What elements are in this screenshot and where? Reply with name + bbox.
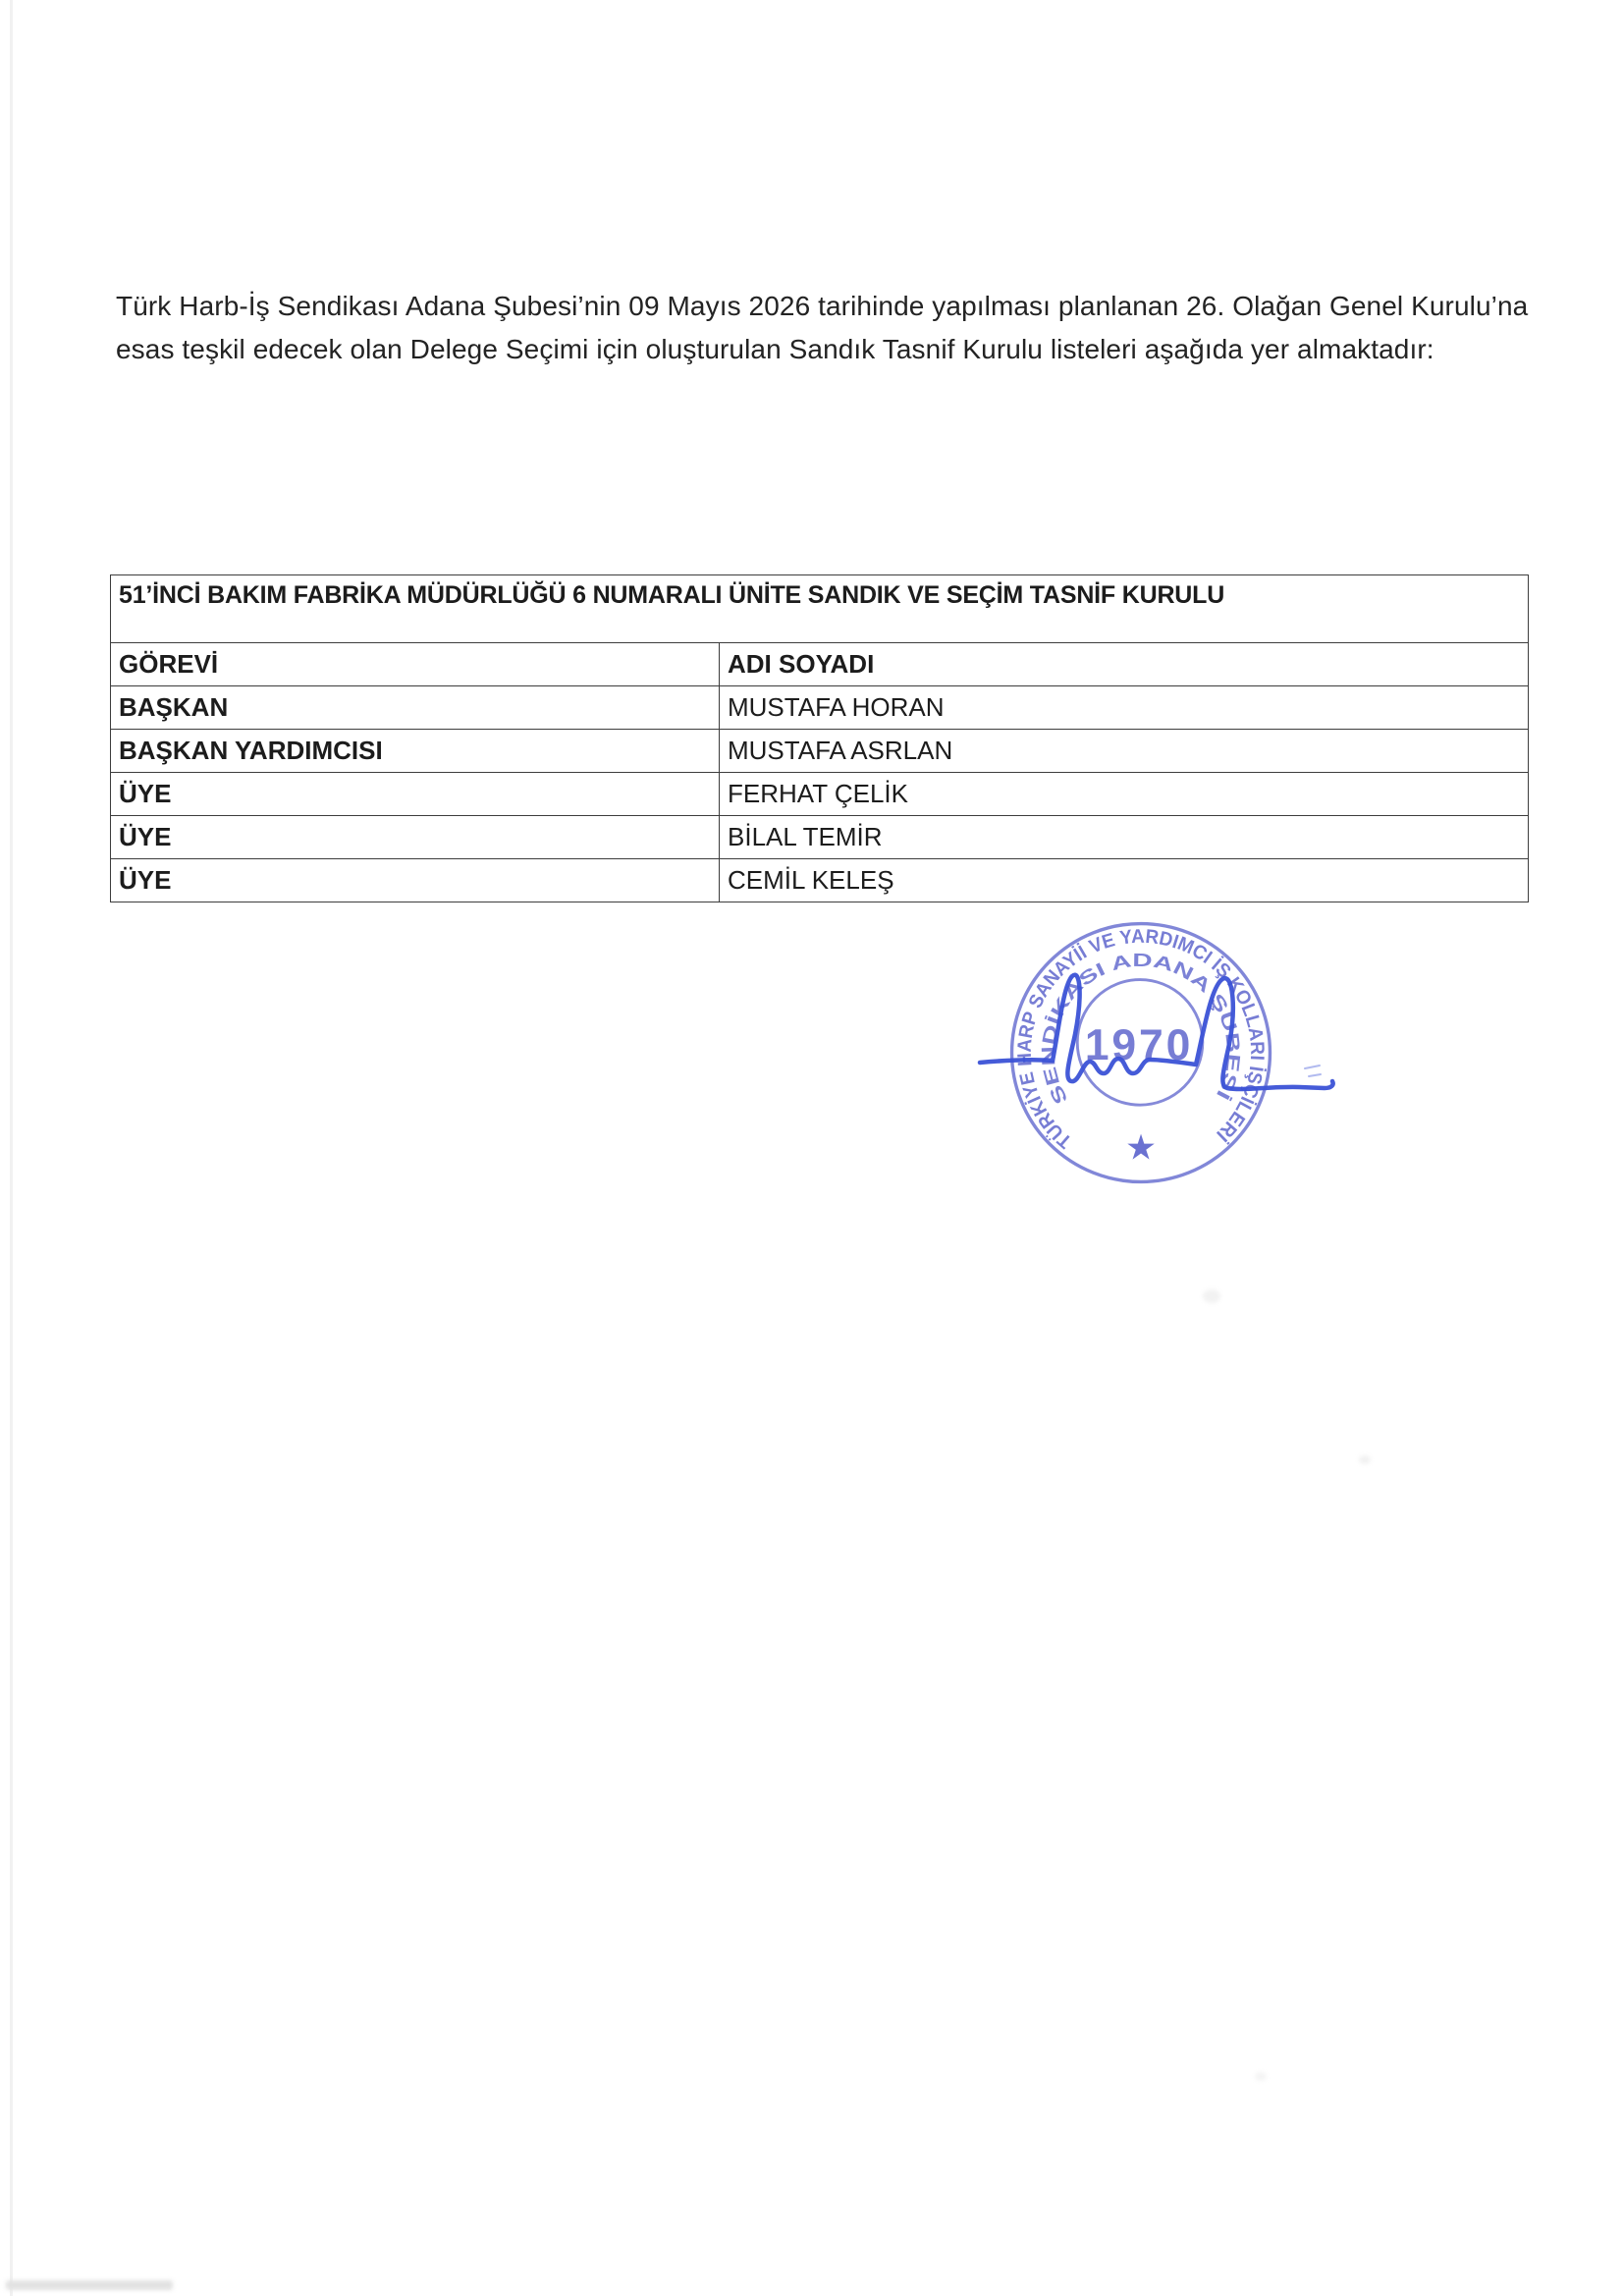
scan-smudge-artifact <box>6 2280 173 2290</box>
scan-edge-artifact <box>10 0 13 2296</box>
signature-tick-marks <box>1305 1066 1321 1076</box>
intro-line-2: esas teşkil edecek olan Delege Seçimi iç… <box>116 328 1549 371</box>
signature-stroke <box>980 975 1333 1089</box>
intro-paragraph: Türk Harb-İş Sendikası Adana Şubesi’nin … <box>116 285 1549 371</box>
scan-smudge-artifact <box>1203 1289 1220 1303</box>
table-row: ÜYE BİLAL TEMİR <box>111 816 1529 859</box>
name-cell: MUSTAFA HORAN <box>720 686 1529 730</box>
signature <box>957 938 1360 1124</box>
name-cell: CEMİL KELEŞ <box>720 859 1529 902</box>
table-row: BAŞKAN YARDIMCISI MUSTAFA ASRLAN <box>111 730 1529 773</box>
scanned-document-page: { "document": { "intro": { "line1": "Tür… <box>0 0 1623 2296</box>
table-title: 51’İNCİ BAKIM FABRİKA MÜDÜRLÜĞÜ 6 NUMARA… <box>111 575 1529 643</box>
role-cell: ÜYE <box>111 773 720 816</box>
name-cell: FERHAT ÇELİK <box>720 773 1529 816</box>
table-row: ÜYE CEMİL KELEŞ <box>111 859 1529 902</box>
table-row: BAŞKAN MUSTAFA HORAN <box>111 686 1529 730</box>
table-title-row: 51’İNCİ BAKIM FABRİKA MÜDÜRLÜĞÜ 6 NUMARA… <box>111 575 1529 643</box>
intro-line-1: Türk Harb-İş Sendikası Adana Şubesi’nin … <box>116 285 1549 328</box>
name-cell: MUSTAFA ASRLAN <box>720 730 1529 773</box>
table-header-row: GÖREVİ ADI SOYADI <box>111 643 1529 686</box>
role-cell: ÜYE <box>111 816 720 859</box>
role-cell: BAŞKAN <box>111 686 720 730</box>
table-row: ÜYE FERHAT ÇELİK <box>111 773 1529 816</box>
column-header-role: GÖREVİ <box>111 643 720 686</box>
scan-smudge-artifact <box>1359 1455 1371 1464</box>
column-header-name: ADI SOYADI <box>720 643 1529 686</box>
star-icon: ★ <box>1125 1127 1157 1168</box>
role-cell: ÜYE <box>111 859 720 902</box>
role-cell: BAŞKAN YARDIMCISI <box>111 730 720 773</box>
scan-smudge-artifact <box>1255 2072 1267 2081</box>
committee-table: 51’İNCİ BAKIM FABRİKA MÜDÜRLÜĞÜ 6 NUMARA… <box>110 574 1529 902</box>
name-cell: BİLAL TEMİR <box>720 816 1529 859</box>
